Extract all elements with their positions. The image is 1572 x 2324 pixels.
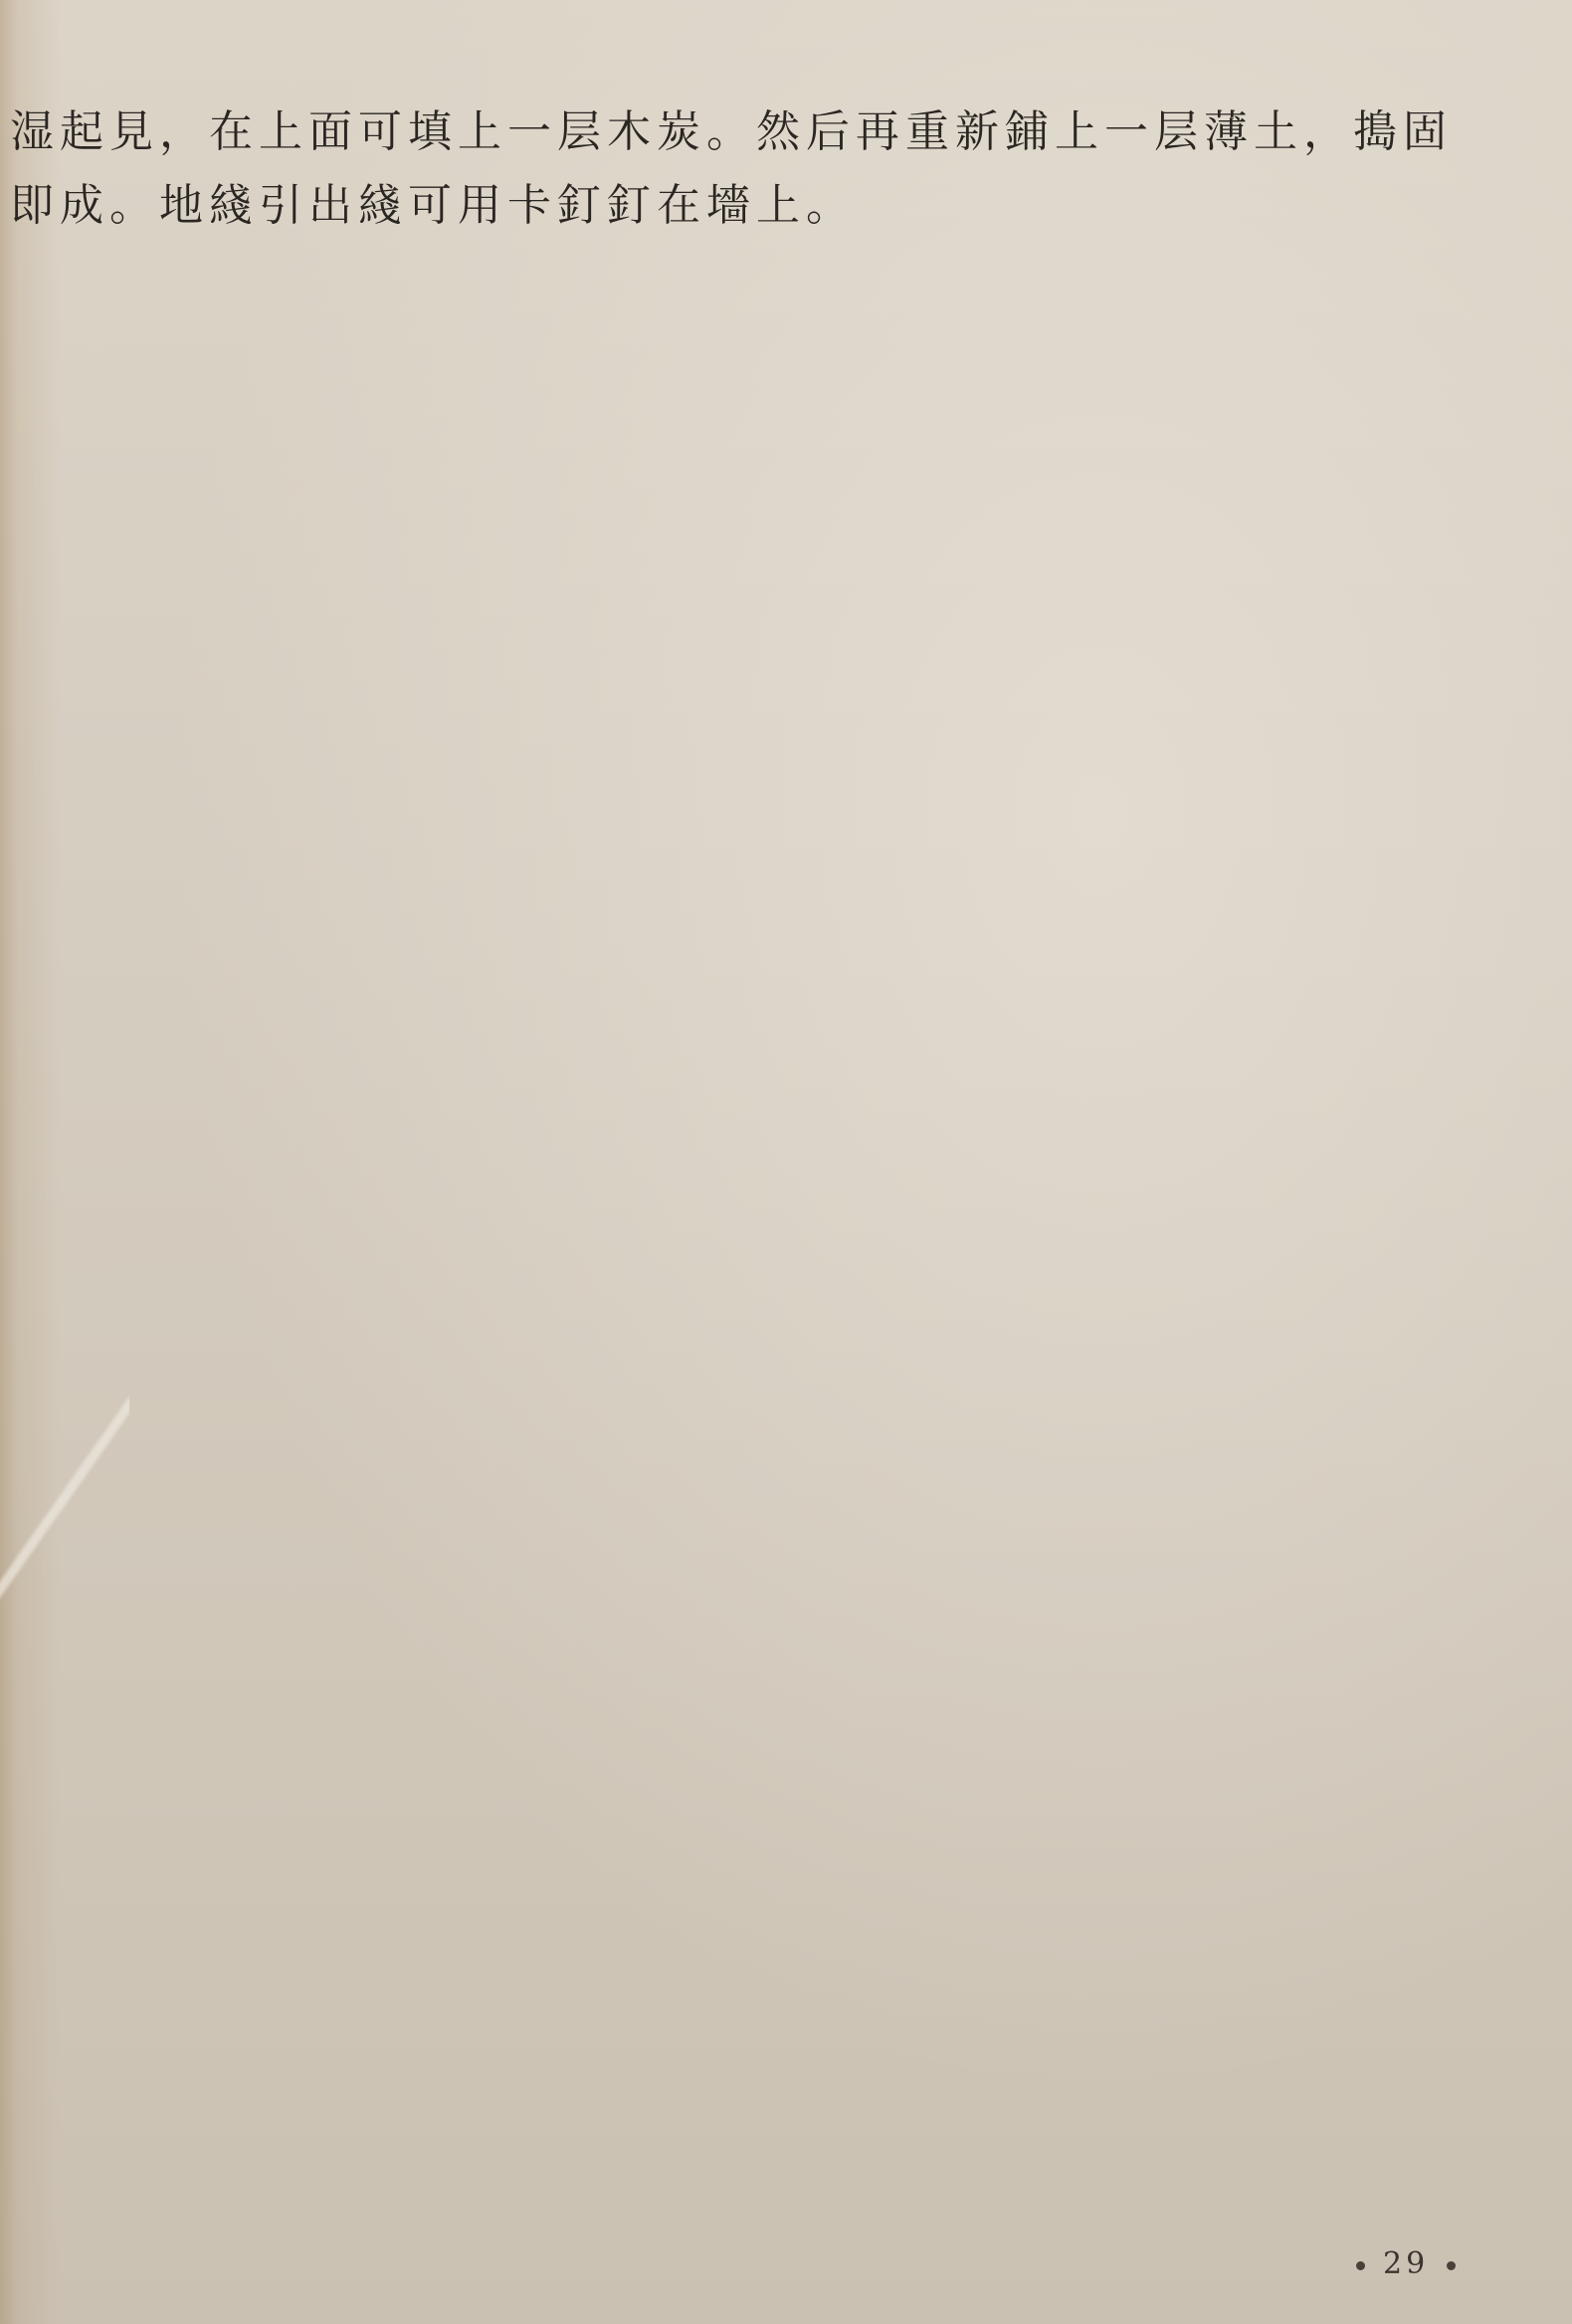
- page-number-right-dot: [1447, 2261, 1456, 2270]
- page-number: 29: [1338, 2246, 1474, 2281]
- paper-crease: [0, 1383, 129, 1612]
- book-page: 湿起見，在上面可填上一层木炭。然后再重新鋪上一层薄土，搗固 即成。地綫引出綫可用…: [0, 0, 1572, 2324]
- page-number-value: 29: [1383, 2246, 1429, 2281]
- text-line-2: 即成。地綫引出綫可用卡釘釘在墻上。: [10, 169, 1532, 243]
- text-line-1: 湿起見，在上面可填上一层木炭。然后再重新鋪上一层薄土，搗固: [10, 96, 1532, 169]
- body-text: 湿起見，在上面可填上一层木炭。然后再重新鋪上一层薄土，搗固 即成。地綫引出綫可用…: [10, 96, 1532, 243]
- page-number-left-dot: [1356, 2261, 1365, 2270]
